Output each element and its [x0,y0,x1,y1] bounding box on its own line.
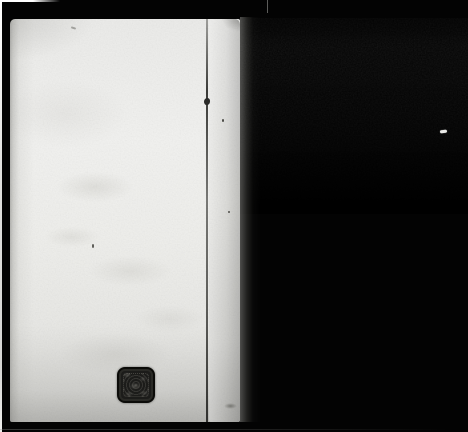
scanned-book-page-photo [0,0,468,432]
film-grain-overlay [236,18,468,214]
page-right-shadow [240,17,260,422]
dust-speck [228,211,230,213]
book-page [10,19,240,422]
dust-speck [440,130,447,134]
fold-ink-blot [204,98,210,105]
page-fold-line [206,19,208,422]
stamp-emblem [123,373,149,397]
scan-border-bottom-highlight [0,429,448,430]
dust-speck [222,119,224,122]
film-grain-texture [236,18,468,214]
library-stamp-icon [117,367,155,403]
film-scratch [267,0,268,13]
dirt-smudge [224,403,237,409]
dust-speck [92,244,94,248]
scan-border-left-highlight [0,0,2,432]
scan-border-top-highlight [0,0,60,2]
page-edge-strip [209,19,240,422]
